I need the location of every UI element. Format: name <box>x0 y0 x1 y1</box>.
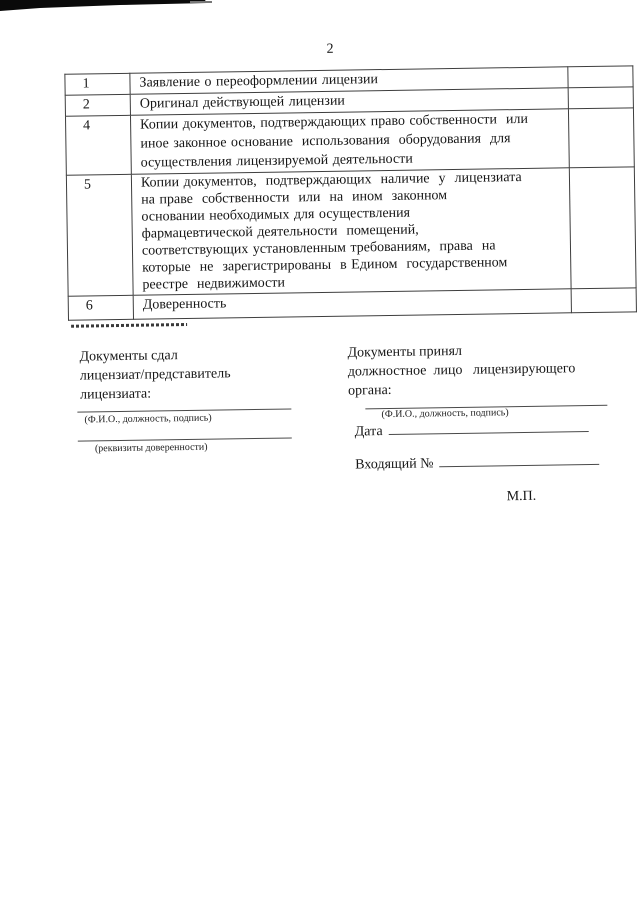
row-text-cell: Копии документов, подтверждающих наличие… <box>131 168 571 295</box>
row-mark-cell <box>568 87 633 109</box>
signature-line-caption: (Ф.И.О., должность, подпись) <box>84 413 211 426</box>
row-mark-cell <box>568 108 634 168</box>
power-of-attorney-caption: (реквизиты доверенности) <box>95 442 208 455</box>
date-row: Дата <box>355 419 589 439</box>
row-number-cell: 4 <box>65 115 131 175</box>
row-number-cell: 6 <box>68 295 133 320</box>
row-mark-cell <box>568 66 633 88</box>
documents-checklist-table: 1 Заявление о переоформлении лицензии 2 … <box>64 65 637 320</box>
row-number-cell: 2 <box>65 94 130 116</box>
signature-line-caption: (Ф.И.О., должность, подпись) <box>381 407 508 420</box>
page-number: 2 <box>10 37 640 62</box>
signature-line <box>78 425 292 441</box>
scanned-document-page: 2 1 Заявление о переоформлении лицензии … <box>0 0 640 905</box>
table-row: 5 Копии документов, подтверждающих налич… <box>66 167 636 296</box>
row-mark-cell <box>569 167 636 289</box>
incoming-number-fill-line <box>439 452 599 467</box>
row-number-cell: 1 <box>65 73 130 95</box>
row-text-cell: Копии документов, подтверждающих право с… <box>130 109 569 174</box>
row-text-cell: Доверенность <box>133 289 571 319</box>
documents-received-heading: Документы принял должностное лицо лиценз… <box>347 340 616 401</box>
incoming-number-label: Входящий № <box>355 456 434 472</box>
page-content: 2 1 Заявление о переоформлении лицензии … <box>0 0 640 905</box>
incoming-number-row: Входящий № <box>355 452 600 473</box>
row-mark-cell <box>571 288 636 313</box>
documents-submitted-heading: Документы сдал лицензиат/представитель л… <box>79 344 306 404</box>
row-number-cell: 5 <box>66 174 133 296</box>
table-row: 4 Копии документов, подтверждающих право… <box>65 108 634 175</box>
stamp-place-label: М.П. <box>507 489 537 505</box>
date-fill-line <box>388 419 588 435</box>
date-label: Дата <box>355 424 383 439</box>
dashed-separator-line <box>71 323 187 328</box>
signature-line <box>77 396 291 412</box>
